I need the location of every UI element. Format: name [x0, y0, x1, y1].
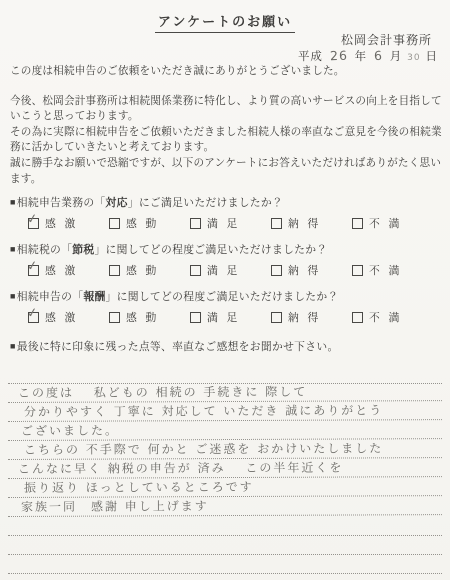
options-row: ✓ 感 激 ✓ 感 動 ✓ 満 足 ✓ 納 得 ✓ 不 満 — [28, 263, 442, 278]
question-response: ■相続申告業務の「対応」にご満足いただけましたか？ ✓ 感 激 ✓ 感 動 ✓ … — [10, 196, 442, 243]
option-kangeki: ✓ 感 激 — [28, 216, 109, 231]
square-bullet-icon: ■ — [10, 341, 16, 351]
checkbox[interactable]: ✓ — [28, 265, 39, 276]
checkbox[interactable]: ✓ — [28, 218, 39, 229]
handwritten-line: こんなに早く 納税の申告が 済み この半年近くを — [8, 458, 442, 479]
date-month-unit: 月 — [390, 51, 403, 63]
date-day-handwritten: 30 — [407, 53, 420, 63]
handwritten-line: ございました。 — [8, 420, 442, 441]
option-label: 感 動 — [126, 310, 159, 325]
intro-text: この度は相続申告のご依頼をいただき誠にありがとうございました。 今後、松岡会計事… — [10, 64, 442, 187]
check-icon: ✓ — [26, 305, 39, 321]
checkbox[interactable]: ✓ — [190, 218, 201, 229]
checkbox[interactable]: ✓ — [28, 312, 39, 323]
final-comment-prompt: ■最後に特に印象に残った点等、率直なご感想をお聞かせ下さい。 — [10, 339, 442, 354]
options-row: ✓ 感 激 ✓ 感 動 ✓ 満 足 ✓ 納 得 ✓ 不 満 — [28, 216, 442, 231]
option-fuman: ✓ 不 満 — [352, 216, 433, 231]
checkbox[interactable]: ✓ — [190, 265, 201, 276]
option-label: 感 激 — [45, 310, 78, 325]
checkbox[interactable]: ✓ — [109, 265, 120, 276]
option-nattoku: ✓ 納 得 — [271, 216, 352, 231]
option-manzoku: ✓ 満 足 — [190, 263, 271, 278]
checkbox[interactable]: ✓ — [271, 265, 282, 276]
option-label: 納 得 — [288, 216, 321, 231]
comment-guide-line — [8, 365, 442, 384]
office-name: 松岡会計事務所 — [341, 31, 432, 48]
checkbox[interactable]: ✓ — [352, 265, 363, 276]
handwritten-line: この度は 私どもの 相続の 手続きに 際して — [8, 382, 442, 403]
intro-paragraph-1: この度は相続申告のご依頼をいただき誠にありがとうございました。 — [10, 64, 442, 80]
handwritten-line: 分かりやすく 丁寧に 対応して いただき 誠にありがとう — [8, 401, 442, 422]
question-tax-saving: ■相続税の「節税」に関してどの程度ご満足いただけましたか？ ✓ 感 激 ✓ 感 … — [10, 243, 442, 290]
option-kandou: ✓ 感 動 — [109, 263, 190, 278]
checkbox[interactable]: ✓ — [109, 312, 120, 323]
comment-guide-line — [8, 517, 442, 536]
square-bullet-icon: ■ — [10, 291, 16, 301]
checkbox[interactable]: ✓ — [271, 312, 282, 323]
option-label: 納 得 — [288, 263, 321, 278]
option-kangeki: ✓ 感 激 — [28, 310, 109, 325]
date-day-unit: 日 — [426, 51, 439, 63]
option-label: 不 満 — [369, 216, 402, 231]
option-label: 不 満 — [369, 263, 402, 278]
questions-section: ■相続申告業務の「対応」にご満足いただけましたか？ ✓ 感 激 ✓ 感 動 ✓ … — [10, 196, 442, 337]
handwritten-line: こちらの 不手際で 何かと ご迷惑を おかけいたしました — [8, 439, 442, 460]
check-icon: ✓ — [26, 211, 39, 227]
comment-guide-line — [8, 555, 442, 574]
question-fee: ■相続申告の「報酬」に関してどの程度ご満足いただけましたか？ ✓ 感 激 ✓ 感… — [10, 290, 442, 337]
document-date: 平成 26 年 6 月 30 日 — [298, 48, 438, 64]
checkbox[interactable]: ✓ — [352, 218, 363, 229]
intro-paragraph-4: 誠に勝手なお願いで恐縮ですが、以下のアンケートにお答えいただければありがたく思い… — [10, 156, 442, 187]
option-manzoku: ✓ 満 足 — [190, 310, 271, 325]
date-year-handwritten: 26 — [330, 48, 348, 64]
option-label: 納 得 — [288, 310, 321, 325]
comment-area: この度は 私どもの 相続の 手続きに 際して 分かりやすく 丁寧に 対応して い… — [8, 365, 442, 574]
option-kangeki: ✓ 感 激 — [28, 263, 109, 278]
square-bullet-icon: ■ — [10, 244, 16, 254]
options-row: ✓ 感 激 ✓ 感 動 ✓ 満 足 ✓ 納 得 ✓ 不 満 — [28, 310, 442, 325]
date-year-unit: 年 — [355, 51, 368, 63]
option-label: 満 足 — [207, 216, 240, 231]
check-icon: ✓ — [26, 258, 39, 274]
option-label: 感 激 — [45, 216, 78, 231]
option-manzoku: ✓ 満 足 — [190, 216, 271, 231]
option-label: 満 足 — [207, 263, 240, 278]
checkbox[interactable]: ✓ — [190, 312, 201, 323]
square-bullet-icon: ■ — [10, 197, 16, 207]
option-label: 不 満 — [369, 310, 402, 325]
comment-guide-line — [8, 536, 442, 555]
option-kandou: ✓ 感 動 — [109, 310, 190, 325]
option-kandou: ✓ 感 動 — [109, 216, 190, 231]
handwritten-line: 振り返り ほっとしているところです — [8, 477, 442, 498]
option-fuman: ✓ 不 満 — [352, 310, 433, 325]
option-label: 満 足 — [207, 310, 240, 325]
checkbox[interactable]: ✓ — [352, 312, 363, 323]
question-prompt: ■相続申告業務の「対応」にご満足いただけましたか？ — [10, 196, 442, 210]
option-nattoku: ✓ 納 得 — [271, 310, 352, 325]
page-title: アンケートのお願い — [0, 11, 450, 33]
checkbox[interactable]: ✓ — [271, 218, 282, 229]
option-nattoku: ✓ 納 得 — [271, 263, 352, 278]
date-month-handwritten: 6 — [374, 48, 383, 63]
checkbox[interactable]: ✓ — [109, 218, 120, 229]
handwritten-line: 家族一同 感謝 申し上げます — [8, 496, 442, 517]
intro-paragraph-3: その為に実際に相続申告をご依頼いただきました相続人様の率直なご意見を今後の相続業… — [10, 125, 442, 156]
date-era: 平成 — [298, 51, 323, 63]
question-prompt: ■相続税の「節税」に関してどの程度ご満足いただけましたか？ — [10, 243, 442, 257]
option-label: 感 動 — [126, 263, 159, 278]
option-label: 感 動 — [126, 216, 159, 231]
option-label: 感 激 — [45, 263, 78, 278]
option-fuman: ✓ 不 満 — [352, 263, 433, 278]
question-prompt: ■相続申告の「報酬」に関してどの程度ご満足いただけましたか？ — [10, 290, 442, 304]
intro-paragraph-2: 今後、松岡会計事務所は相続関係業務に特化し、より質の高いサービスの向上を目指して… — [10, 94, 442, 125]
questionnaire-document: アンケートのお願い 松岡会計事務所 平成 26 年 6 月 30 日 この度は相… — [0, 0, 450, 580]
